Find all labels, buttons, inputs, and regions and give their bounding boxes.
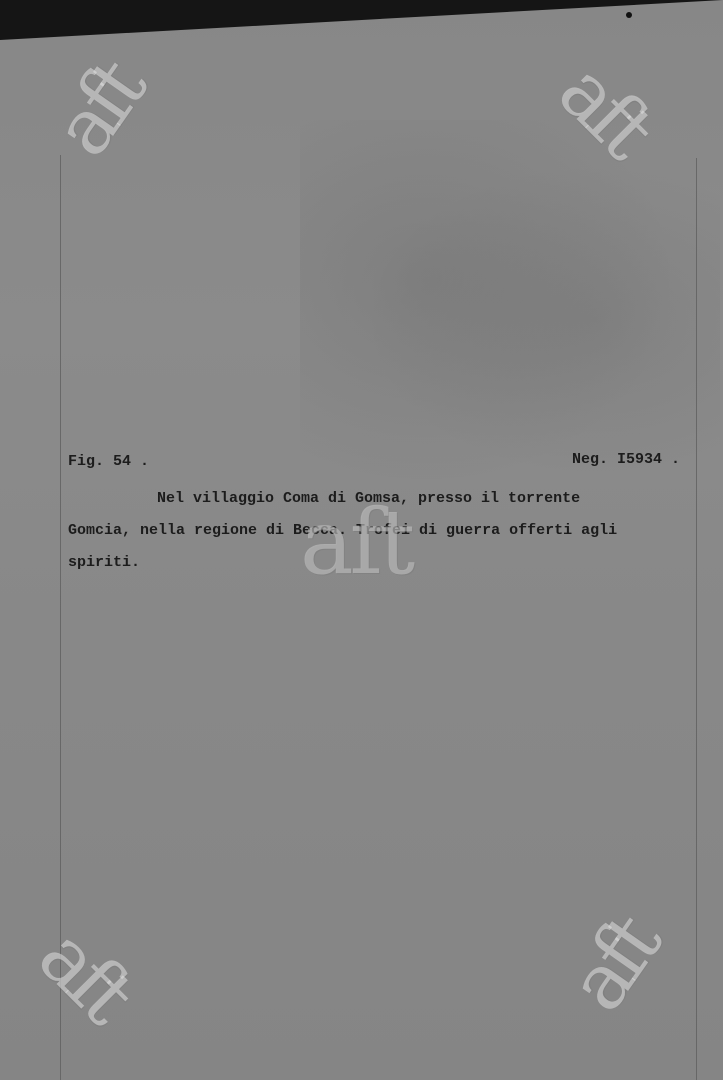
right-margin-line: [696, 158, 697, 1080]
dust-spot: [626, 12, 632, 18]
negative-number: Neg. I5934 .: [572, 451, 680, 468]
caption-line-3: spiriti.: [68, 554, 140, 571]
watermark-center: aft: [300, 490, 411, 595]
figure-label: Fig. 54 .: [68, 453, 149, 470]
